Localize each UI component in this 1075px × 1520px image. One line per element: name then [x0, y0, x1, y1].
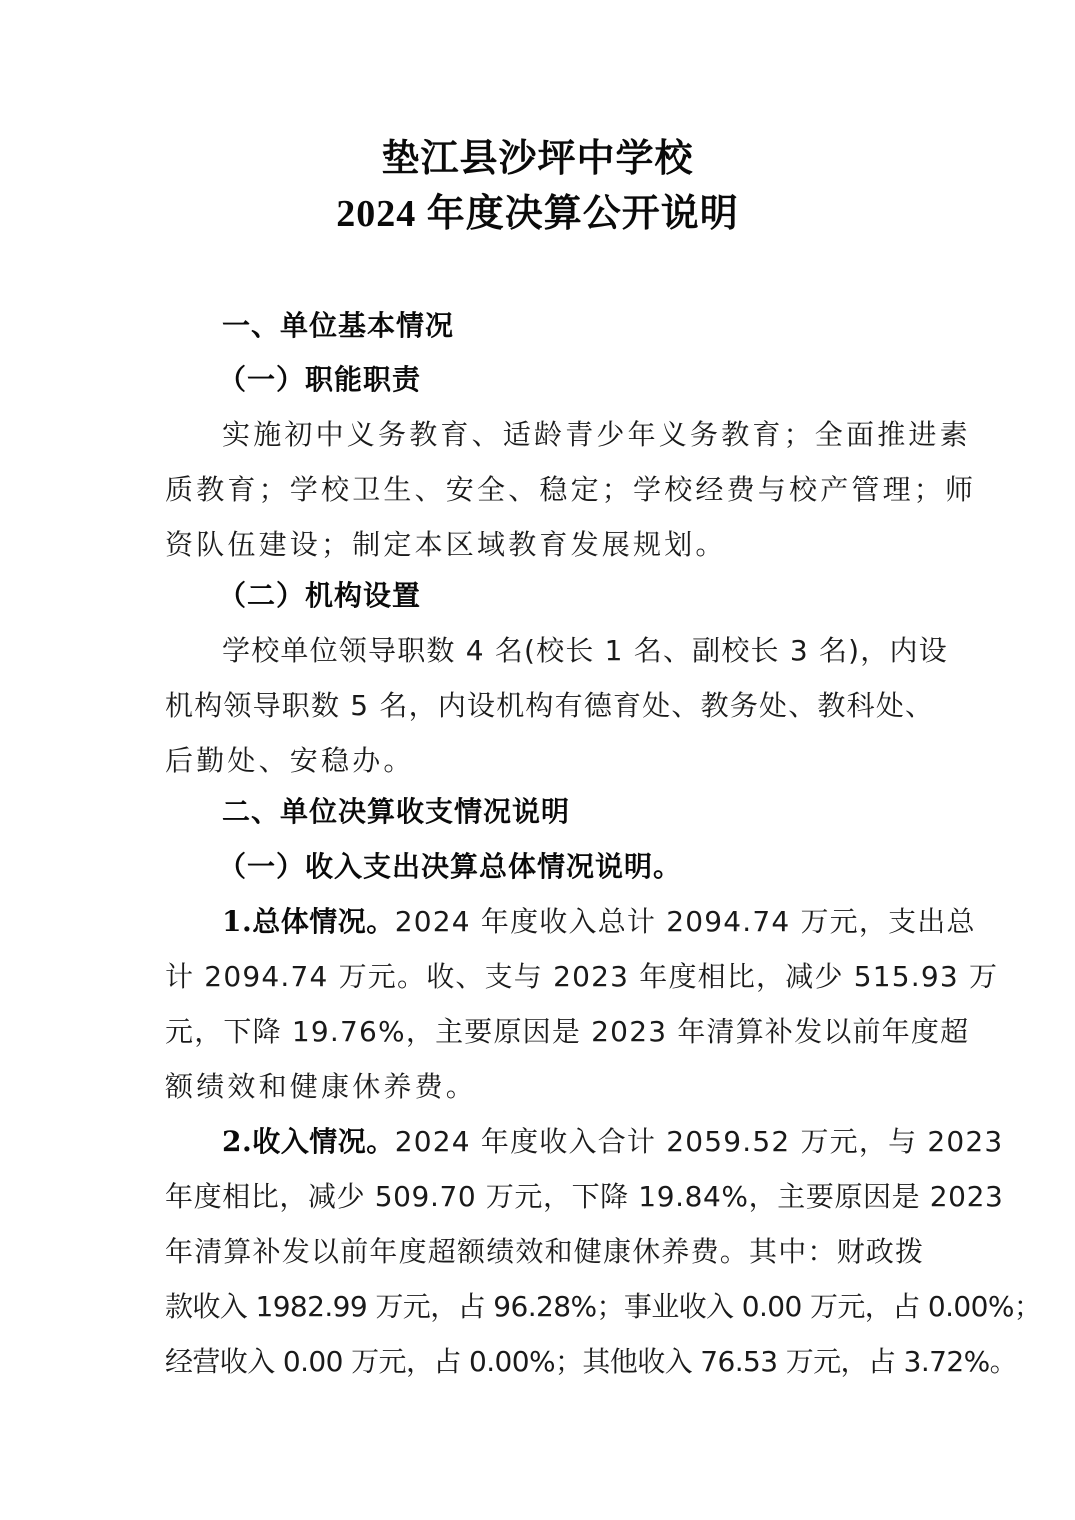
section1-sub2-line2: 机构领导职数 5 名，内设机构有德育处、教务处、教科处、	[165, 686, 915, 726]
item2-line1: 2.收入情况。2024 年度收入合计 2059.52 万元，与 2023	[222, 1122, 972, 1162]
item1-line3: 元，下降 19.76%，主要原因是 2023 年清算补发以前年度超	[165, 1012, 915, 1052]
item2-line3: 年清算补发以前年度超额绩效和健康休养费。其中：财政拨	[165, 1232, 915, 1272]
item2-line4: 款收入 1982.99 万元，占 96.28%；事业收入 0.00 万元，占 0…	[165, 1287, 915, 1327]
section1-sub2-line1: 学校单位领导职数 4 名(校长 1 名、副校长 3 名)，内设	[222, 631, 972, 671]
document-page: 垫江县沙坪中学校 2024 年度决算公开说明 一、单位基本情况 （一）职能职责 …	[0, 0, 1075, 1520]
item2-line2: 年度相比，减少 509.70 万元，下降 19.84%，主要原因是 2023	[165, 1177, 915, 1217]
item1-lead: 1.总体情况。	[222, 905, 395, 938]
section1-heading: 一、单位基本情况	[222, 306, 972, 346]
item1-line4: 额绩效和健康休养费。	[165, 1067, 915, 1107]
section2-heading: 二、单位决算收支情况说明	[222, 792, 972, 832]
section2-sub1-heading: （一）收入支出决算总体情况说明。	[218, 847, 968, 887]
section1-sub1-line2: 质教育；学校卫生、安全、稳定；学校经费与校产管理；师	[165, 470, 915, 510]
document-title-line1: 垫江县沙坪中学校	[0, 136, 1075, 182]
item1-line1-text: 2024 年度收入总计 2094.74 万元，支出总	[395, 905, 976, 938]
item2-line5: 经营收入 0.00 万元，占 0.00%；其他收入 76.53 万元，占 3.7…	[165, 1342, 915, 1382]
document-title-line2: 2024 年度决算公开说明	[0, 191, 1075, 237]
item2-lead: 2.收入情况。	[222, 1125, 395, 1158]
section1-sub2-line3: 后勤处、安稳办。	[165, 741, 915, 781]
section1-sub1-heading: （一）职能职责	[218, 360, 968, 400]
item1-line1: 1.总体情况。2024 年度收入总计 2094.74 万元，支出总	[222, 902, 972, 942]
item1-line2: 计 2094.74 万元。收、支与 2023 年度相比，减少 515.93 万	[165, 957, 915, 997]
section1-sub1-line1: 实施初中义务教育、适龄青少年义务教育；全面推进素	[222, 415, 972, 455]
section1-sub1-line3: 资队伍建设；制定本区域教育发展规划。	[165, 525, 915, 565]
item2-line1-text: 2024 年度收入合计 2059.52 万元，与 2023	[395, 1125, 1004, 1158]
section1-sub2-heading: （二）机构设置	[218, 576, 968, 616]
